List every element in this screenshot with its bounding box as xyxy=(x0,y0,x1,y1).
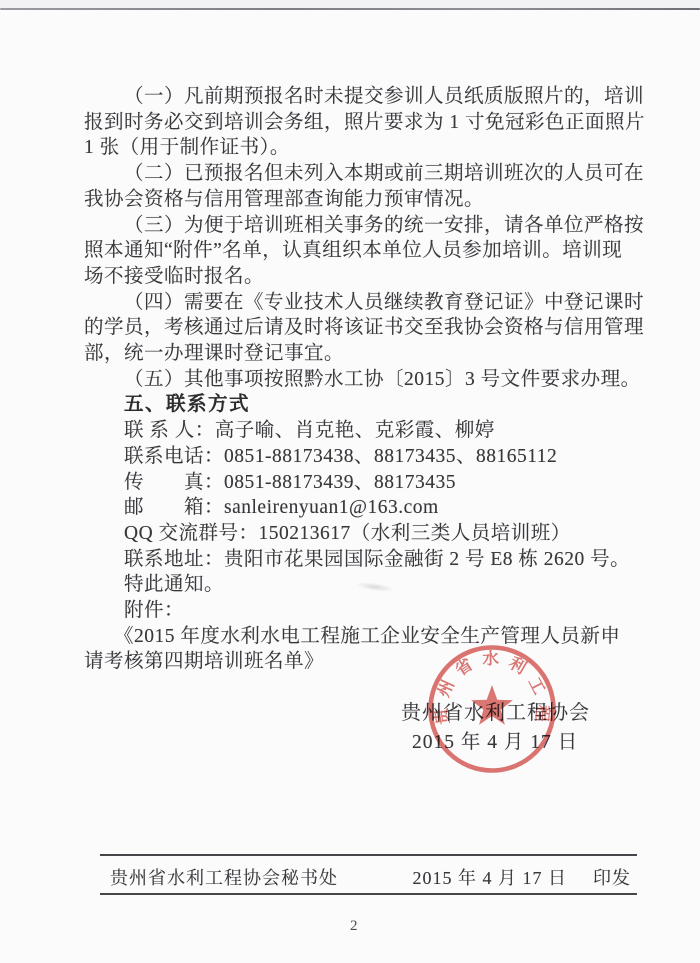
para2-line1: （二）已预报名但未列入本期或前三期培训班次的人员可在 xyxy=(84,161,626,187)
section-heading-contact: 五、联系方式 xyxy=(84,392,626,418)
para3-line1: （三）为便于培训班相关事务的统一安排，请各单位严格按 xyxy=(84,213,626,239)
para1-line3: 1 张（用于制作证书）。 xyxy=(84,135,626,161)
footer-rule-bottom xyxy=(100,893,637,895)
seal-arc-text: 贵州省水利工程协会 xyxy=(394,611,553,726)
footer-rule-top xyxy=(100,854,637,856)
contact-qq-line: QQ 交流群号：150213617（水利三类人员培训班） xyxy=(84,521,626,547)
scanned-notice-page: （一）凡前期预报名时未提交参训人员纸质版照片的，培训 报到时务必交到培训会务组，… xyxy=(0,0,700,963)
official-seal-stamp: 贵州省水利工程协会 xyxy=(394,611,590,807)
contact-person-line: 联 系 人：高子喻、肖克艳、克彩霞、柳婷 xyxy=(84,418,626,444)
footer-row: 贵州省水利工程协会秘书处 2015 年 4 月 17 日印发 xyxy=(100,864,637,890)
contact-phone-line: 联系电话：0851-88173438、88173435、88165112 xyxy=(84,444,626,470)
para1-line2: 报到时务必交到培训会务组，照片要求为 1 寸免冠彩色正面照片 xyxy=(84,110,626,136)
para1-line1: （一）凡前期预报名时未提交参训人员纸质版照片的，培训 xyxy=(84,84,626,110)
para4-line2: 的学员，考核通过后请及时将该证书交至我协会资格与信用管理 xyxy=(84,315,626,341)
footer-date: 2015 年 4 月 17 日 xyxy=(413,868,568,888)
scan-edge-line xyxy=(0,8,700,10)
para2-line2: 我协会资格与信用管理部查询能力预审情况。 xyxy=(84,187,626,213)
seal-star-icon xyxy=(471,685,513,725)
seal-arc-text-holder: 贵州省水利工程协会 xyxy=(394,611,553,726)
contact-email-line: 邮 箱：sanleirenyuan1@163.com xyxy=(84,495,626,521)
contact-address-line: 联系地址：贵阳市花果园国际金融街 2 号 E8 栋 2620 号。 xyxy=(84,547,626,573)
para4-line1: （四）需要在《专业技术人员继续教育登记证》中登记课时 xyxy=(84,290,626,316)
page-number: 2 xyxy=(350,918,358,935)
footer-issuer: 贵州省水利工程协会秘书处 xyxy=(100,864,338,890)
para3-line3: 场不接受临时报名。 xyxy=(84,264,626,290)
para5-line1: （五）其他事项按照黔水工协〔2015〕3 号文件要求办理。 xyxy=(84,367,626,393)
para4-line3: 部，统一办理课时登记事宜。 xyxy=(84,341,626,367)
footer-date-issue: 2015 年 4 月 17 日印发 xyxy=(413,864,638,890)
footer-issue-label: 印发 xyxy=(593,868,631,888)
para3-line2: 照本通知“附件”名单，认真组织本单位人员参加培训。培训现 xyxy=(84,238,626,264)
contact-fax-line: 传 真：0851-88173439、88173435 xyxy=(84,470,626,496)
